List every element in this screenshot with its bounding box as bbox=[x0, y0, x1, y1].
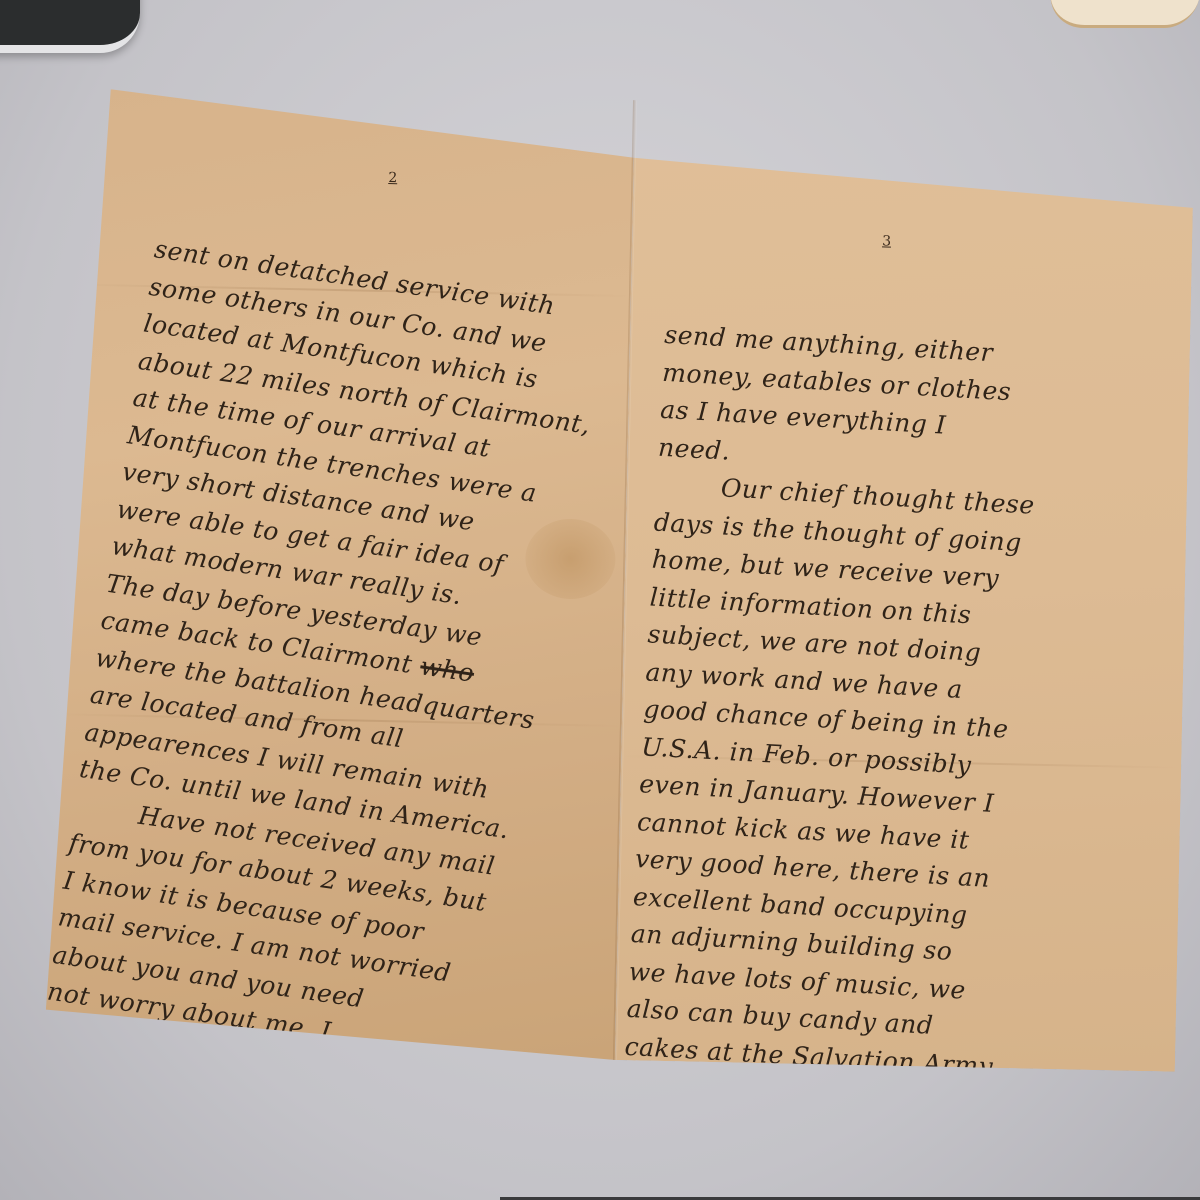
photo-scene: 2 sent on detatched service with some ot… bbox=[0, 0, 1200, 1200]
letter-page-3: 3 send me anything, either money, eatabl… bbox=[615, 100, 1195, 1072]
paper-object-top-right bbox=[1044, 0, 1200, 28]
page-number: 3 bbox=[882, 233, 891, 249]
phone-corner bbox=[0, 0, 140, 53]
right-page-text: send me anything, either money, eatables… bbox=[619, 316, 1044, 1072]
page-number: 2 bbox=[388, 170, 397, 186]
handwritten-letter: 2 sent on detatched service with some ot… bbox=[45, 88, 1195, 1071]
struck-word: who bbox=[418, 651, 476, 687]
left-page-text: sent on detatched service with some othe… bbox=[45, 230, 609, 1060]
letter-page-2: 2 sent on detatched service with some ot… bbox=[45, 88, 635, 1060]
